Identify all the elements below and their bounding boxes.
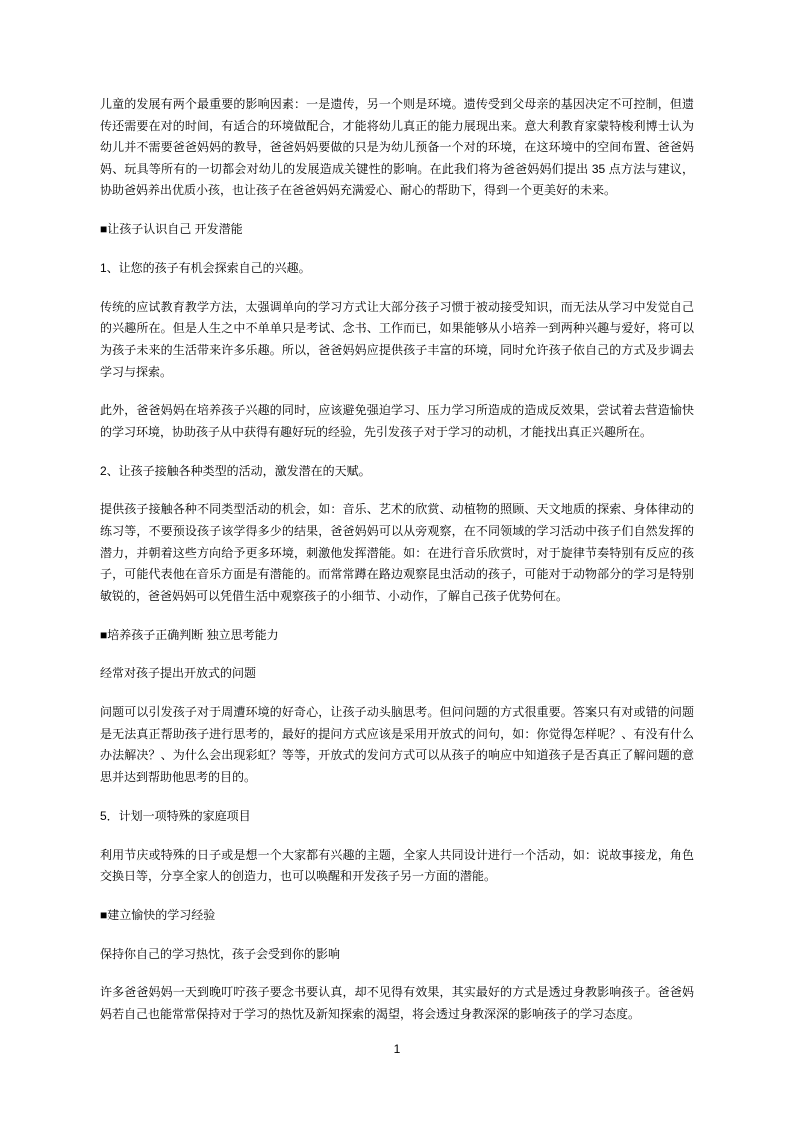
document-content: 儿童的发展有两个最重要的影响因素：一是遗传，另一个则是环境。遗传受到父母亲的基因… — [100, 94, 694, 1043]
list-item-keep-enthusiasm: 保持你自己的学习热忱，孩子会受到你的影响 — [100, 944, 694, 966]
section-heading-independent-thinking: ■培养孩子正确判断 独立思考能力 — [100, 625, 694, 647]
section-heading-label: 建立愉快的学习经验 — [107, 908, 215, 922]
page-number: 1 — [394, 1042, 401, 1056]
section-heading-pleasant-learning: ■建立愉快的学习经验 — [100, 905, 694, 927]
list-item-5: 5．计划一项特殊的家庭项目 — [100, 806, 694, 828]
paragraph: 许多爸爸妈妈一天到晚叮咛孩子要念书要认真，却不见得有效果，其实最好的方式是透过身… — [100, 982, 694, 1025]
paragraph: 此外，爸爸妈妈在培养孩子兴趣的同时，应该避免强迫学习、压力学习所造成的造成反效果… — [100, 400, 694, 443]
paragraph: 提供孩子接触各种不同类型活动的机会，如：音乐、艺术的欣赏、动植物的照顾、天文地质… — [100, 499, 694, 607]
list-item-2: 2、让孩子接触各种类型的活动，激发潜在的天赋。 — [100, 461, 694, 483]
page-footer: 1 — [0, 1041, 794, 1057]
paragraph: 利用节庆或特殊的日子或是想一个大家都有兴趣的主题，全家人共同设计进行一个活动，如… — [100, 845, 694, 888]
document-page: 儿童的发展有两个最重要的影响因素：一是遗传，另一个则是环境。遗传受到父母亲的基因… — [0, 0, 794, 1123]
paragraph: 传统的应试教育教学方法，太强调单向的学习方式让大部分孩子习惯于被动接受知识，而无… — [100, 297, 694, 383]
section-heading-label: 让孩子认识自己 开发潜能 — [107, 222, 242, 236]
intro-paragraph: 儿童的发展有两个最重要的影响因素：一是遗传，另一个则是环境。遗传受到父母亲的基因… — [100, 94, 694, 202]
section-heading-know-yourself: ■让孩子认识自己 开发潜能 — [100, 219, 694, 241]
paragraph: 问题可以引发孩子对于周遭环境的好奇心，让孩子动头脑思考。但问问题的方式很重要。答… — [100, 702, 694, 788]
list-item-open-questions: 经常对孩子提出开放式的问题 — [100, 663, 694, 685]
section-heading-label: 培养孩子正确判断 独立思考能力 — [107, 628, 278, 642]
list-item-1: 1、让您的孩子有机会探索自己的兴趣。 — [100, 258, 694, 280]
